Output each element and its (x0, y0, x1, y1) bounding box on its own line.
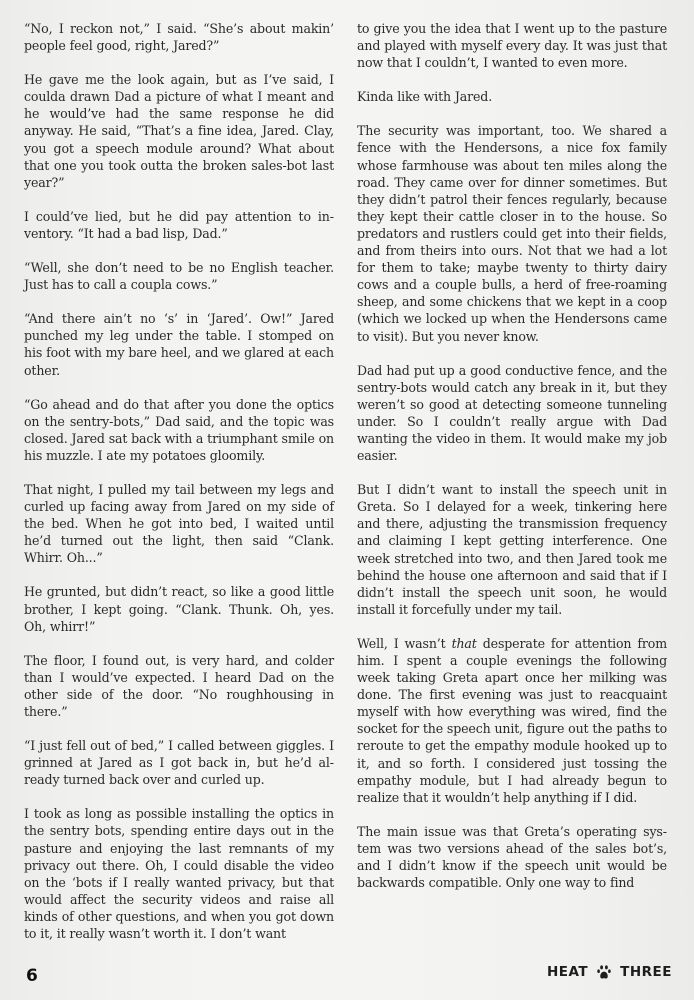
paragraph: Kinda like with Jared. (357, 88, 667, 105)
paragraph: “No, I reckon not,” I said. “She’s about… (24, 20, 334, 54)
running-footer: HEAT THREE (547, 964, 672, 980)
paragraph: He grunted, but didn’t react, so like a … (24, 583, 334, 634)
paragraph: I could’ve lied, but he did pay attentio… (24, 208, 334, 242)
paragraph: to give you the idea that I went up to t… (357, 20, 667, 71)
paragraph: “Go ahead and do that after you done the… (24, 396, 334, 464)
paragraph: The floor, I found out, is very hard, an… (24, 652, 334, 720)
page-number: 6 (26, 966, 38, 986)
right-column: to give you the idea that I went up to t… (357, 20, 667, 908)
document-page: “No, I reckon not,” I said. “She’s about… (0, 0, 694, 1000)
footer-title-right: THREE (620, 964, 672, 980)
paragraph-text: desperate for attention from him. I spen… (357, 636, 667, 805)
paragraph: The security was important, too. We shar… (357, 122, 667, 344)
left-column: “No, I reckon not,” I said. “She’s about… (24, 20, 334, 959)
paw-print-icon (597, 965, 611, 980)
paragraph-text: Well, I wasn’t (357, 636, 452, 651)
paragraph: “Well, she don’t need to be no English t… (24, 259, 334, 293)
paragraph: I took as long as possible installing th… (24, 805, 334, 942)
paragraph: He gave me the look again, but as I’ve s… (24, 71, 334, 191)
paragraph: The main issue was that Greta’s operatin… (357, 823, 667, 891)
paragraph: That night, I pulled my tail between my … (24, 481, 334, 566)
paragraph: Dad had put up a good conductive fence, … (357, 362, 667, 465)
emphasized-word: that (452, 636, 477, 651)
footer-title-left: HEAT (547, 964, 588, 980)
paragraph: “I just fell out of bed,” I called betwe… (24, 737, 334, 788)
paragraph: “And there ain’t no ‘s’ in ‘Jared’. Ow!”… (24, 310, 334, 378)
paragraph: But I didn’t want to install the speech … (357, 481, 667, 618)
paragraph-with-emphasis: Well, I wasn’t that desperate for attent… (357, 635, 667, 806)
